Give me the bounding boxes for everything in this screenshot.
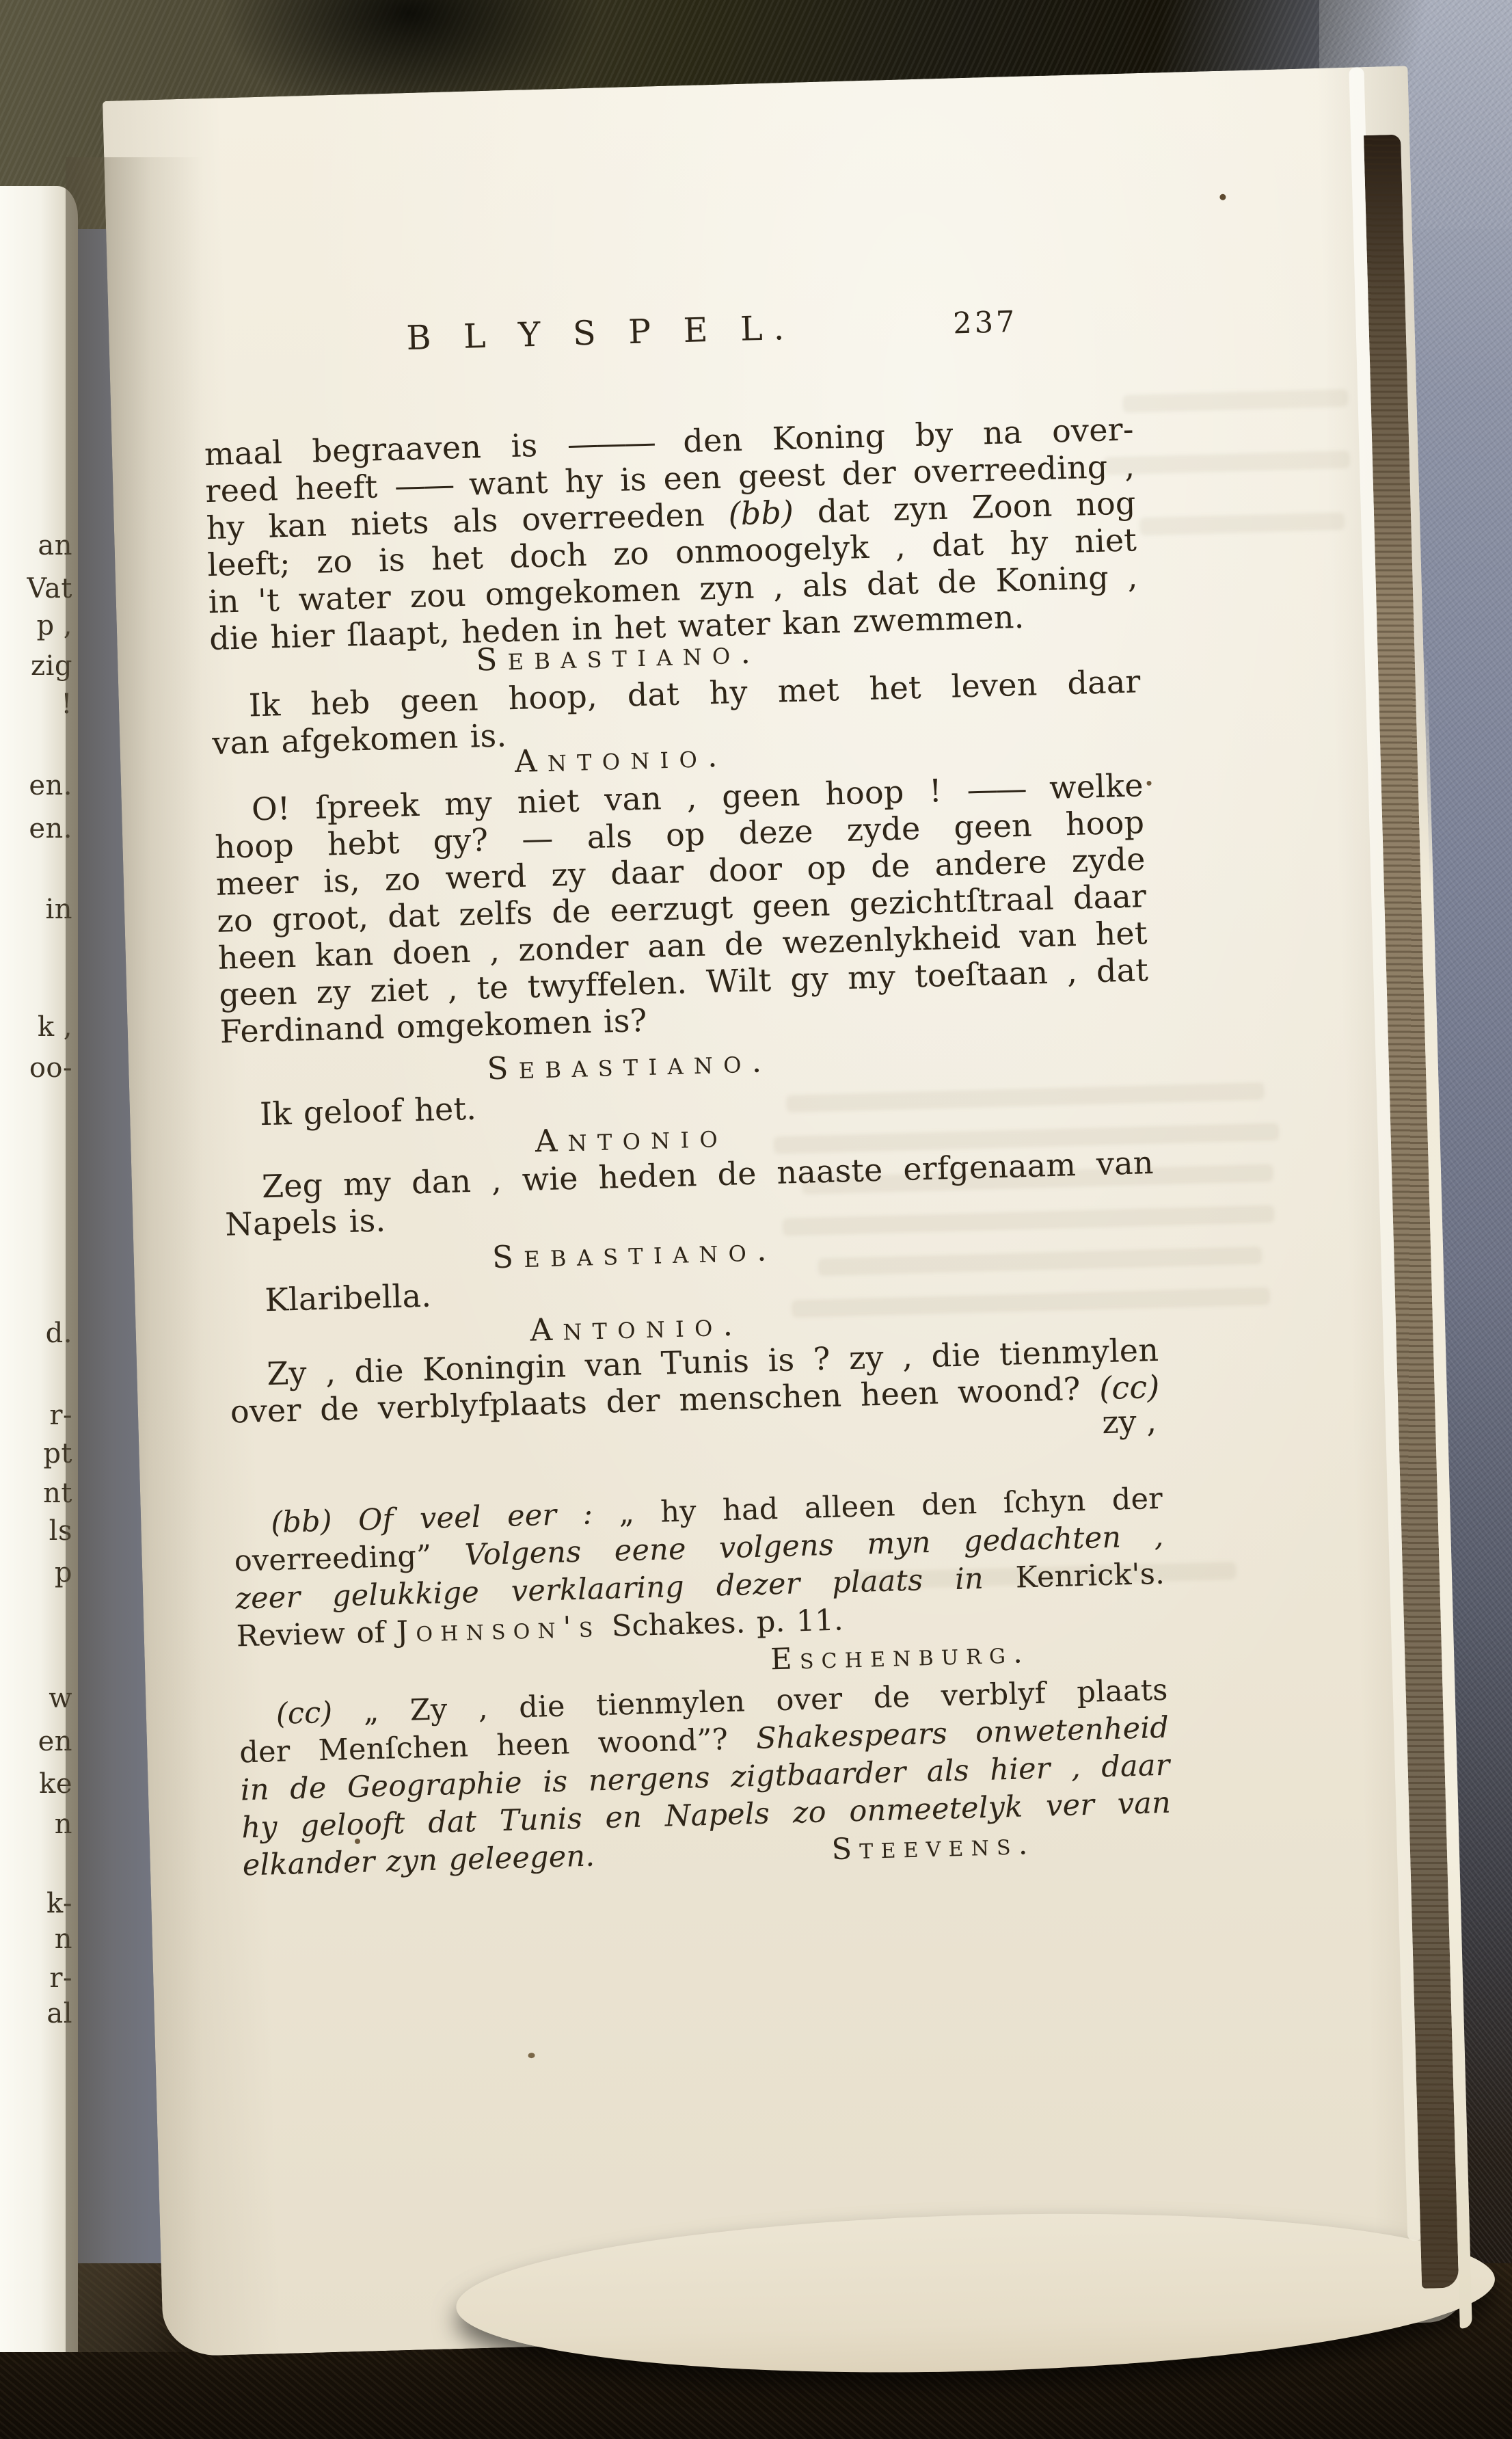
facing-page-fragment: d. xyxy=(46,1318,72,1348)
facing-page-fragment: Vat xyxy=(27,574,72,604)
facing-page-fragment: r- xyxy=(49,1963,72,1993)
facing-page-fragment: al xyxy=(46,1999,72,2029)
facing-page-fragment: nt xyxy=(43,1478,72,1508)
footnote: (bb) Of veel eer : „ hy had alleen den ſ… xyxy=(233,1480,1167,1694)
book-photo-scene: anVatp ,zig!en.en.ink ,oo-d.r-ptntlspwen… xyxy=(0,0,1512,2439)
text-column: maal begraaven is ——— den Koning by na o… xyxy=(195,74,1185,2355)
facing-page-fragment: n xyxy=(55,1809,72,1839)
facing-page-fragment: k , xyxy=(38,1012,72,1042)
facing-page-fragment: n xyxy=(55,1924,72,1954)
facing-page-fragment: p , xyxy=(36,611,72,641)
facing-page-fragment: en. xyxy=(29,814,72,844)
dialogue-paragraph: maal begraaven is ——— den Koning by na o… xyxy=(204,410,1139,657)
facing-page-fragment: k- xyxy=(46,1889,72,1919)
facing-page-fragment: p xyxy=(55,1558,72,1588)
facing-page-edge: anVatp ,zig!en.en.ink ,oo-d.r-ptntlspwen… xyxy=(0,186,78,2352)
footnote-attribution: Steevens. xyxy=(831,1826,1036,1869)
facing-page-fragment: en xyxy=(38,1727,72,1757)
facing-page-fragment: oo- xyxy=(29,1053,72,1083)
facing-page-fragment: an xyxy=(38,531,72,561)
facing-page-fragment: pt xyxy=(43,1439,72,1469)
facing-page-fragment: in xyxy=(45,894,72,924)
facing-page-fragment: ke xyxy=(39,1769,72,1799)
facing-page-fragment: ls xyxy=(49,1516,72,1546)
facing-page-fragment: en. xyxy=(29,771,72,801)
facing-page-fragment: w xyxy=(49,1683,72,1714)
dialogue-paragraph: O! ſpreek my niet van , geen hoop ! —— w… xyxy=(213,767,1150,1050)
footnote: (cc) „ Zy , die tienmylen over de verbly… xyxy=(238,1672,1172,1885)
book-page: B L Y S P E L. 237 maal begraaven is ———… xyxy=(103,66,1469,2356)
facing-page-fragment: ! xyxy=(61,689,72,719)
facing-page-fragment: zig xyxy=(31,651,72,681)
facing-page-fragment: r- xyxy=(49,1400,72,1430)
